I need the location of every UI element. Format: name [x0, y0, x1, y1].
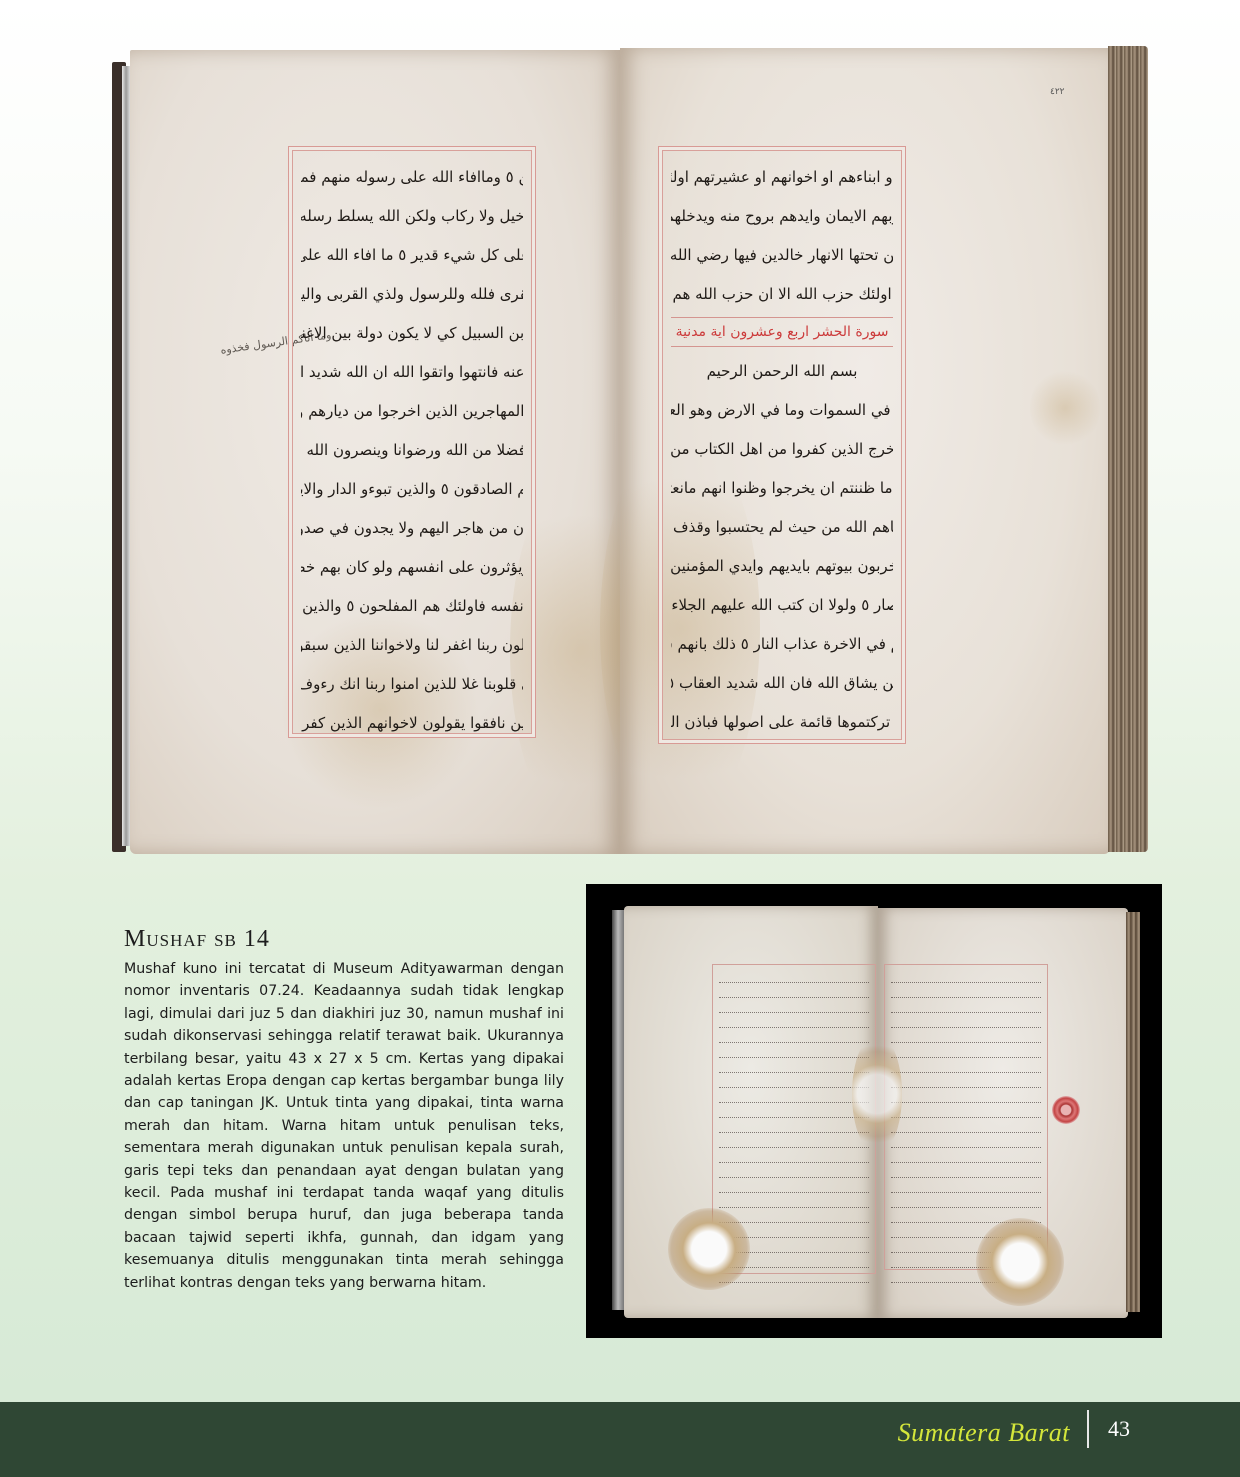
damage-hole	[976, 1218, 1064, 1306]
script-line	[719, 1074, 869, 1088]
arabic-line: يبتغون فضلا من الله ورضوانا وينصرون الله…	[301, 430, 523, 469]
arabic-line: نهاكم عنه فانتهوا واتقوا الله ان الله شد…	[301, 352, 523, 391]
arabic-line: اولئك هم الصادقون ٥ والذين تبوءو الدار و…	[301, 469, 523, 508]
arabic-line: يوق شح نفسه فاولئك هم المفلحون ٥ والذين …	[301, 586, 523, 625]
caption-body: Mushaf kuno ini tercatat di Museum Adity…	[124, 958, 564, 1294]
arabic-line: رضوا عنه اولئك حزب الله الا ان حزب الله …	[671, 274, 893, 313]
script-line	[719, 1209, 869, 1223]
arabic-line: تجري من تحتها الانهار خالدين فيها رضي ال…	[671, 235, 893, 274]
arabic-line: في قلوبهم الايمان وايدهم بروح منه ويدخله…	[671, 196, 893, 235]
arabic-line: من لينة او تركتموها قائمة على اصولها فبا…	[671, 702, 893, 741]
script-line	[891, 1029, 1041, 1043]
arabic-line: لاول الحشر ما ظننتم ان يخرجوا وظنوا انهم…	[671, 468, 893, 507]
script-line	[891, 1059, 1041, 1073]
script-line	[719, 1044, 869, 1058]
script-line	[891, 1089, 1041, 1103]
secondary-manuscript-photo	[586, 884, 1162, 1338]
script-line	[719, 999, 869, 1013]
page-edges	[1108, 46, 1148, 852]
script-line	[719, 1089, 869, 1103]
script-line	[719, 1059, 869, 1073]
script-line	[891, 1104, 1041, 1118]
arabic-line: الفاسقين ٥ وماافاء الله على رسوله منهم ف…	[301, 157, 523, 196]
arabic-line: يشاء والله على كل شيء قدير ٥ ما افاء الل…	[301, 235, 523, 274]
script-line	[891, 1044, 1041, 1058]
page-footer: Sumatera Barat 43	[0, 1402, 1240, 1477]
script-line	[891, 1119, 1041, 1133]
caption-title: Mushaf sb 14	[124, 926, 270, 953]
script-line	[891, 1164, 1041, 1178]
script-line	[891, 1014, 1041, 1028]
basmala: بسم الله الرحمن الرحيم	[671, 351, 893, 390]
script-line	[719, 1134, 869, 1148]
arabic-line: الرعب يخربون بيوتهم بايديهم وايدي المؤمن…	[671, 546, 893, 585]
arabic-line: قبلهم يحبون من هاجر اليهم ولا يجدون في ص…	[301, 508, 523, 547]
folio-number: ٤٢٢	[1050, 86, 1065, 97]
script-line	[891, 1074, 1041, 1088]
arabic-line: للفقراء المهاجرين الذين اخرجوا من ديارهم…	[301, 391, 523, 430]
script-line	[719, 1104, 869, 1118]
damage-stain	[852, 1034, 902, 1154]
arabic-line: من الله فاتاهم الله من حيث لم يحتسبوا وق…	[671, 507, 893, 546]
arabic-line: اباءهم او ابناءهم او اخوانهم او عشيرتهم …	[671, 157, 893, 196]
script-line	[719, 1014, 869, 1028]
arabic-line: اهل القرى فلله وللرسول ولذي القربى واليت…	[301, 274, 523, 313]
arabic-line: تر الى الذين نافقوا يقولون لاخوانهم الذي…	[301, 703, 523, 742]
left-page-stack	[122, 66, 130, 846]
script-line	[891, 1179, 1041, 1193]
script-line	[719, 1119, 869, 1133]
arabic-line: مما اوتوا ويؤثرون على انفسهم ولو كان بهم…	[301, 547, 523, 586]
script-line	[719, 1179, 869, 1193]
script-line	[719, 969, 869, 983]
left-text-frame: الفاسقين ٥ وماافاء الله على رسوله منهم ف…	[288, 146, 536, 738]
script-line	[891, 1194, 1041, 1208]
script-line	[719, 984, 869, 998]
arabic-line: المساكين وابن السبيل كي لا يكون دولة بين…	[301, 313, 523, 352]
script-line	[891, 969, 1041, 983]
script-line	[891, 1149, 1041, 1163]
arabic-line: يا اولي الابصار ٥ ولولا ان كتب الله عليه…	[671, 585, 893, 624]
arabic-line: هو الذي اخرج الذين كفروا من اهل الكتاب م…	[671, 429, 893, 468]
arabic-line: عليه من خيل ولا ركاب ولكن الله يسلط رسله…	[301, 196, 523, 235]
red-seal-stamp	[1052, 1096, 1080, 1124]
damage-hole	[668, 1208, 750, 1290]
footer-divider	[1087, 1410, 1089, 1448]
water-stain	[1030, 368, 1100, 448]
arabic-line: ولا تجعل في قلوبنا غلا للذين امنوا ربنا …	[301, 664, 523, 703]
page-number: 43	[1108, 1416, 1130, 1442]
script-line	[891, 1134, 1041, 1148]
script-line	[719, 1149, 869, 1163]
arabic-line: سبح لله ما في السموات وما في الارض وهو ا…	[671, 390, 893, 429]
script-line	[719, 1164, 869, 1178]
script-line	[891, 984, 1041, 998]
footer-brand: Sumatera Barat	[898, 1418, 1070, 1448]
script-line	[891, 999, 1041, 1013]
page-edges	[612, 910, 624, 1310]
arabic-line: ورسوله ومن يشاق الله فان الله شديد العقا…	[671, 663, 893, 702]
script-line	[719, 1194, 869, 1208]
page-edges	[1126, 912, 1140, 1312]
main-manuscript-photo: وما اتاكم الرسول فخذوه ٤٢٢ الفاسقين ٥ وم…	[112, 44, 1158, 856]
script-line	[719, 1029, 869, 1043]
surah-heading: سورة الحشر اربع وعشرون اية مدنية	[671, 317, 893, 347]
right-text-frame: اباءهم او ابناءهم او اخوانهم او عشيرتهم …	[658, 146, 906, 744]
arabic-line: الدنيا ولهم في الاخرة عذاب النار ٥ ذلك ب…	[671, 624, 893, 663]
arabic-line: بعدهم يقولون ربنا اغفر لنا ولاخواننا الذ…	[301, 625, 523, 664]
